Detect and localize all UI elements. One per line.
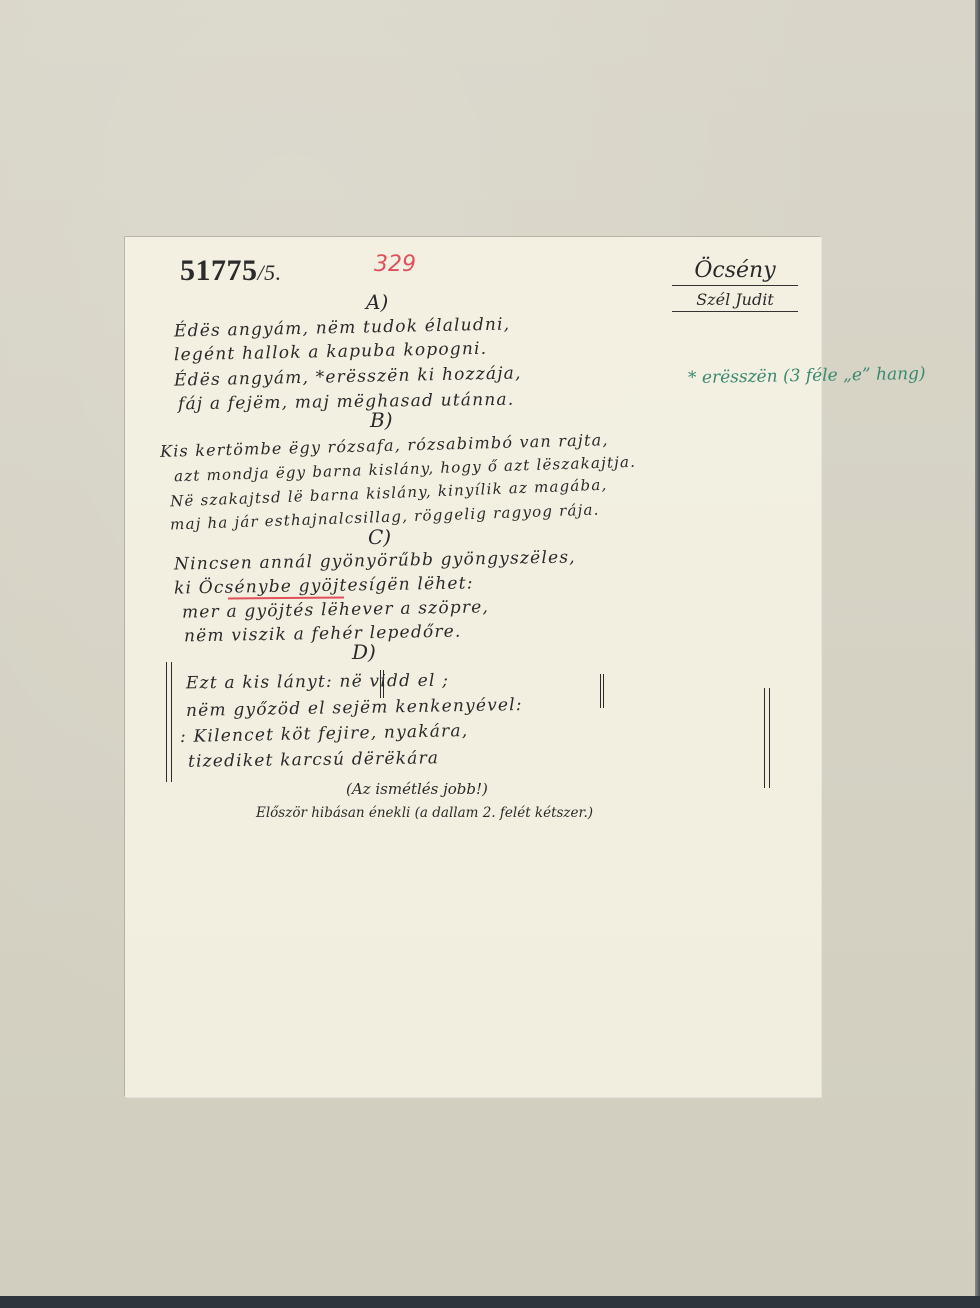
- margin-note-text: erësszën (3 féle „e” hang): [702, 364, 926, 388]
- catalog-number-main: 51775: [180, 254, 258, 287]
- section-label-d: D): [352, 640, 376, 664]
- verse-line: tizediket karcsú dërëkára: [188, 748, 439, 772]
- place-informant-block: Öcsény Szél Judit: [672, 258, 798, 312]
- informant-name: Szél Judit: [672, 286, 798, 312]
- verse-line: Ezt a kis lányt: në vidd el ;: [186, 671, 449, 694]
- margin-note: * erësszën (3 féle „e” hang): [688, 364, 926, 388]
- repeat-bar-left: [166, 662, 172, 782]
- repeat-bar-inner-2: [600, 674, 604, 708]
- section-label-b: B): [370, 408, 393, 432]
- catalog-number: 51775/5.: [180, 254, 282, 288]
- scan-edge-bottom: [0, 1296, 980, 1308]
- section-label-c: C): [368, 525, 391, 549]
- scan-edge-right: [975, 0, 980, 1308]
- section-label-a: A): [366, 290, 388, 314]
- page-number-red: 329: [374, 252, 416, 277]
- catalog-number-suffix: /5.: [258, 260, 282, 285]
- repeat-bar-right: [764, 688, 770, 788]
- asterisk-icon: *: [688, 368, 697, 388]
- note-first-sung-wrong: Először hibásan énekli (a dallam 2. felé…: [256, 805, 593, 821]
- place-name: Öcsény: [672, 258, 798, 286]
- note-repeat-better: (Az ismétlés jobb!): [346, 780, 488, 798]
